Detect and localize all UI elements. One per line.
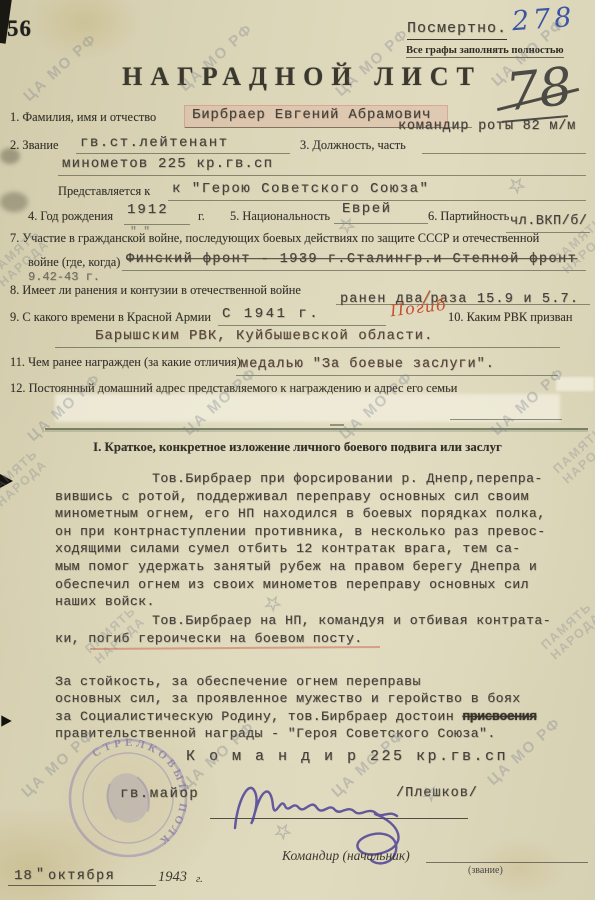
- field-11-label: 11. Чем ранее награжден (за какие отличи…: [10, 355, 241, 370]
- field-10-label: 10. Каким РВК призван: [448, 310, 572, 325]
- feat-section-heading: I. Краткое, конкретное изложение личного…: [0, 440, 595, 455]
- presented-for-label: Представляется к: [58, 184, 150, 199]
- field-5-label: 5. Национальность: [230, 209, 330, 224]
- field-7-value2: 9.42-43 г.: [28, 270, 100, 284]
- field-6-label: 6. Партийность: [428, 209, 509, 224]
- field-2-value: гв.ст.лейтенант: [80, 135, 229, 151]
- field-1-value: Бирбраер Евгений Абрамович: [192, 107, 431, 123]
- commander-caption: Командир (начальник): [282, 848, 410, 864]
- field-7-label: 7. Участие в гражданской войне, последую…: [10, 231, 590, 246]
- date-quote-mark: ": [36, 866, 44, 881]
- redacted-address-patch: [55, 394, 560, 422]
- field-3-value-line2: минометов 225 кр.гв.сп: [62, 156, 273, 172]
- fill-all-fields-note: Все графы заполнять полностью: [406, 45, 564, 58]
- date-month: октября: [48, 869, 115, 884]
- form-line: [124, 224, 190, 225]
- redacted-patch-small: [556, 377, 594, 391]
- form-line: [422, 153, 586, 154]
- field-4-value: 1912: [127, 202, 169, 218]
- date-year-suffix: г.: [196, 873, 203, 885]
- field-2-label: 2. Звание: [10, 138, 59, 153]
- pen-dash-mark: [330, 424, 344, 426]
- rank-caption-sub: (звание): [468, 865, 503, 876]
- archive-sheet-number: 56: [7, 16, 32, 42]
- field-7-value: Финский фронт - 1939 г.Сталингр.и Степно…: [126, 252, 577, 267]
- edge-smudge: [0, 192, 28, 212]
- obliterated-word: присвоения: [462, 709, 536, 724]
- signer-name: /Плешков/: [396, 786, 478, 801]
- field-7-label2: войне (где, когда): [28, 255, 120, 270]
- form-line: [218, 325, 386, 326]
- date-year: 1943: [158, 869, 187, 886]
- section-divider: [45, 428, 588, 430]
- star-watermark: ☆: [506, 173, 531, 197]
- form-line: [8, 885, 156, 886]
- form-line: [76, 153, 290, 154]
- form-line: [236, 375, 558, 376]
- presented-for-value: к "Герою Советского Союза": [172, 181, 429, 197]
- field-3-value-line1: командир роты 82 м/м: [398, 119, 576, 134]
- left-edge-arrow-mark-2: [1, 715, 11, 726]
- field-8-label: 8. Имеет ли ранения и контузии в отечест…: [10, 283, 301, 298]
- date-day: 18: [14, 868, 33, 884]
- form-line: [450, 419, 562, 420]
- crossed-number-text: 78: [503, 57, 575, 124]
- award-sheet-document: 56 Посмертно. Все графы заполнять полнос…: [0, 0, 595, 900]
- feat-paragraph-2: Тов.Бирбраер на НП, командуя и отбивая к…: [55, 612, 567, 647]
- field-9-value: С 1941 г.: [222, 306, 320, 322]
- archive-watermark: ЦА МО РФ: [21, 31, 100, 104]
- field-5-value: Еврей: [342, 201, 392, 217]
- form-line: [334, 223, 428, 224]
- field-4-suffix: г.: [198, 209, 205, 224]
- form-line: [426, 862, 588, 863]
- left-edge-arrow-mark: [0, 474, 13, 488]
- field-9-label: 9. С какого времени в Красной Армии: [10, 310, 211, 325]
- field-1-label: 1. Фамилия, имя и отчество: [10, 110, 156, 125]
- form-line: [58, 175, 586, 176]
- page-title: НАГРАДНОЙ ЛИСТ: [122, 62, 482, 92]
- field-10-value: Барышским РВК, Куйбышевской области.: [95, 328, 433, 344]
- field-4-label: 4. Год рождения: [28, 209, 113, 224]
- signer-rank: гв.майор: [120, 786, 199, 802]
- form-line: [55, 347, 560, 348]
- feat-paragraph-1: Тов.Бирбраер при форсировании р. Днепр,п…: [55, 470, 567, 611]
- handwritten-page-number: 278: [511, 2, 577, 37]
- form-line: [122, 270, 586, 271]
- feat-paragraph-3: За стойкость, за обеспечение огнем переп…: [55, 655, 567, 743]
- posthumous-stamp-text: Посмертно.: [407, 20, 507, 40]
- field-6-value: чл.ВКП/б/: [510, 214, 587, 229]
- field-11-value: медалью "За боевые заслуги".: [240, 357, 495, 372]
- form-line: [336, 304, 590, 305]
- field-3-label: 3. Должность, часть: [300, 138, 406, 153]
- feat-paragraph-3-text-a: За стойкость, за обеспечение огнем переп…: [55, 674, 521, 724]
